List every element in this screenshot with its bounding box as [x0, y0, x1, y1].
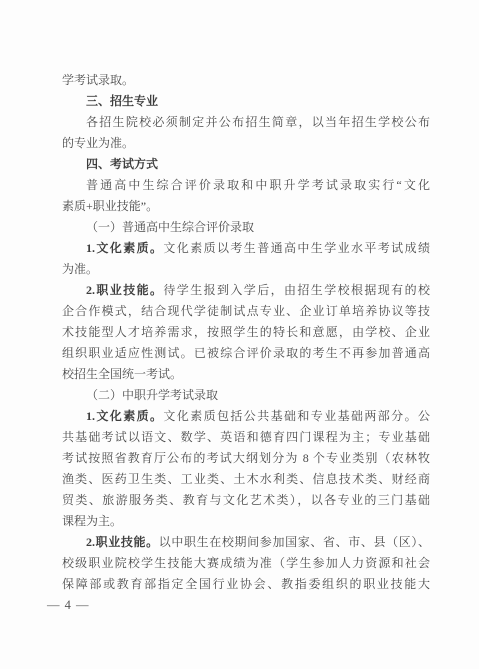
- text-run: 文化素质以考生普通高中生学业水平考试成绩: [163, 241, 430, 255]
- text-run: 贸类、旅游服务类、教育与文化艺术类），以各专业的三门基础: [62, 493, 430, 507]
- section-heading: 四、考试方式: [62, 154, 430, 175]
- text-run: 考试按照省教育厅公布的考试大纲划分为 8 个专业类别（农林牧: [62, 451, 430, 465]
- section-heading: 三、招生专业: [62, 91, 430, 112]
- page-number: — 4 —: [47, 595, 430, 616]
- text-run: 各招生院校必须制定并公布招生简章，以当年招生学校公布: [86, 115, 430, 129]
- document-line: 素质+职业技能”。: [62, 196, 430, 217]
- text-run: 以中职生在校期间参加国家、省、市、县（区）、: [159, 535, 430, 549]
- text-run: 企合作模式，结合现代学徒制试点专业、企业订单培养协议等技: [62, 304, 430, 318]
- text-run: 组织职业适应性测试。已被综合评价录取的考生不再参加普通高: [62, 346, 430, 360]
- document-line: 保障部或教育部指定全国行业协会、教指委组织的职业技能大: [62, 574, 430, 595]
- document-line: 为准。: [62, 259, 430, 280]
- bold-run: 2.职业技能。: [86, 535, 159, 549]
- subsection-heading: （一）普通高中生综合评价录取: [62, 217, 430, 238]
- document-line: 1.文化素质。文化素质以考生普通高中生学业水平考试成绩: [62, 238, 430, 259]
- document-line: 学考试录取。: [62, 70, 430, 91]
- document-line: 术技能型人才培养需求，按照学生的特长和意愿，由学校、企业: [62, 322, 430, 343]
- text-run: 共基础考试以语文、数学、英语和德育四门课程为主；专业基础: [62, 430, 430, 444]
- bold-run: 1.文化素质。: [86, 241, 163, 255]
- document-line: 的专业为准。: [62, 133, 430, 154]
- document-line: 校级职业院校学生技能大赛成绩为准（学生参加人力资源和社会: [62, 553, 430, 574]
- document-line: 2.职业技能。待学生报到入学后，由招生学校根据现有的校: [62, 280, 430, 301]
- text-run: 保障部或教育部指定全国行业协会、教指委组织的职业技能大: [62, 577, 430, 591]
- document-line: 组织职业适应性测试。已被综合评价录取的考生不再参加普通高: [62, 343, 430, 364]
- document-line: 考试按照省教育厅公布的考试大纲划分为 8 个专业类别（农林牧: [62, 448, 430, 469]
- text-run: 普通高中生综合评价录取和中职升学考试录取实行“文化: [86, 178, 430, 192]
- text-run: 校招生全国统一考试。: [62, 367, 182, 381]
- bold-run: 1.文化素质。: [86, 409, 163, 423]
- text-run: 课程为主。: [62, 514, 122, 528]
- text-run: 素质+职业技能”。: [62, 199, 158, 213]
- document-line: 1.文化素质。文化素质包括公共基础和专业基础两部分。公: [62, 406, 430, 427]
- text-run: （一）普通高中生综合评价录取: [86, 220, 254, 234]
- document-line: 课程为主。: [62, 511, 430, 532]
- document-page: 学考试录取。 三、招生专业 各招生院校必须制定并公布招生简章，以当年招生学校公布…: [0, 0, 479, 669]
- document-line: 企合作模式，结合现代学徒制试点专业、企业订单培养协议等技: [62, 301, 430, 322]
- text-run: 文化素质包括公共基础和专业基础两部分。公: [163, 409, 430, 423]
- document-line: 2.职业技能。以中职生在校期间参加国家、省、市、县（区）、: [62, 532, 430, 553]
- text-run: 为准。: [62, 262, 98, 276]
- text-run: （二）中职升学考试录取: [86, 388, 218, 402]
- text-run: 学考试录取。: [62, 73, 134, 87]
- subsection-heading: （二）中职升学考试录取: [62, 385, 430, 406]
- document-line: 贸类、旅游服务类、教育与文化艺术类），以各专业的三门基础: [62, 490, 430, 511]
- text-run: 校级职业院校学生技能大赛成绩为准（学生参加人力资源和社会: [62, 556, 430, 570]
- document-content: 学考试录取。 三、招生专业 各招生院校必须制定并公布招生简章，以当年招生学校公布…: [62, 70, 430, 616]
- text-run: 待学生报到入学后，由招生学校根据现有的校: [163, 283, 430, 297]
- text-run: 术技能型人才培养需求，按照学生的特长和意愿，由学校、企业: [62, 325, 430, 339]
- text-run: 渔类、医药卫生类、工业类、土木水利类、信息技术类、财经商: [62, 472, 430, 486]
- text-run: 的专业为准。: [62, 136, 134, 150]
- bold-run: 四、考试方式: [86, 157, 158, 171]
- document-line: 普通高中生综合评价录取和中职升学考试录取实行“文化: [62, 175, 430, 196]
- document-line: 校招生全国统一考试。: [62, 364, 430, 385]
- document-line: 各招生院校必须制定并公布招生简章，以当年招生学校公布: [62, 112, 430, 133]
- bold-run: 三、招生专业: [86, 94, 158, 108]
- document-line: 渔类、医药卫生类、工业类、土木水利类、信息技术类、财经商: [62, 469, 430, 490]
- document-line: 共基础考试以语文、数学、英语和德育四门课程为主；专业基础: [62, 427, 430, 448]
- bold-run: 2.职业技能。: [86, 283, 163, 297]
